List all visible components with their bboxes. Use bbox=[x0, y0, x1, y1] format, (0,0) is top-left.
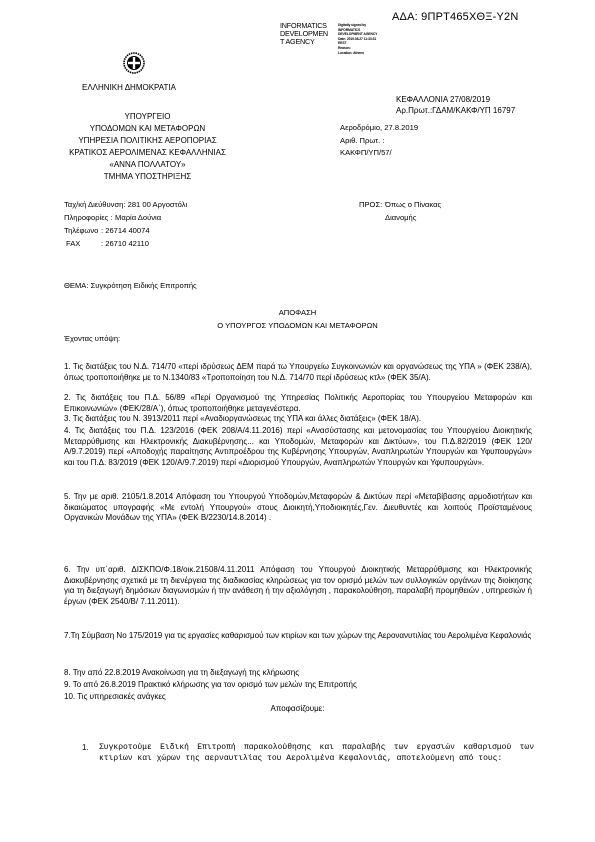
protocol-value: ΚΑΚΦΠ/ΥΠ/57/ bbox=[340, 148, 392, 158]
consideration-item: 10. Τις υπηρεσιακές ανάγκες bbox=[64, 692, 532, 703]
consideration-item: 6. Την υπ΄αριθ. ΔΙΣΚΠΟ/Φ.18/οικ.21508/4.… bbox=[64, 565, 532, 607]
stamp-protocol-number: Αρ.Πρωτ.:ΓΔΑΜ/ΚΑΚΦ/ΥΠ 16797 bbox=[396, 106, 515, 117]
recipient-line: Διανομής bbox=[385, 213, 416, 223]
ministry-line: ΥΠΟΔΟΜΩΝ ΚΑΙ ΜΕΤΑΦΟΡΩΝ bbox=[40, 124, 255, 135]
consideration-item: 2. Τις διατάξεις του Π.Δ. 56/89 «Περί Ορ… bbox=[64, 393, 532, 414]
phone-label: Τηλέφωνο bbox=[64, 226, 98, 236]
recipient-label: ΠΡΟΣ: bbox=[359, 200, 382, 210]
protocol-label: Αριθ. Πρωτ. : bbox=[340, 136, 384, 146]
consideration-item: 5. Την με αριθ. 2105/1.8.2014 Απόφαση το… bbox=[64, 492, 532, 524]
ministry-line: ΤΜΗΜΑ ΥΠΟΣΤΗΡΙΞΗΣ bbox=[40, 172, 255, 183]
signature-details: Digitally signed by INFORMATICS DEVELOPM… bbox=[338, 23, 377, 55]
stamp-place-date: ΚΕΦΑΛΛΟΝΙΑ 27/08/2019 bbox=[396, 95, 490, 106]
decision-subtitle: Ο ΥΠΟΥΡΓΟΣ ΥΠΟΔΟΜΩΝ ΚΑΙ ΜΕΤΑΦΟΡΩΝ bbox=[0, 321, 595, 331]
we-decide-heading: Αποφασίζουμε: bbox=[0, 704, 595, 715]
ada-code: ΑΔΑ: 9ΠΡΤ465ΧΘΞ-Υ2Ν bbox=[392, 11, 519, 23]
subject: ΘΕΜΑ: Συγκρότηση Ειδικής Επιτροπής bbox=[64, 281, 197, 291]
info-value: Μαρία Δούνια bbox=[115, 213, 161, 223]
considering-heading: Έχοντας υπόψη: bbox=[64, 334, 120, 344]
phone-value: : 26714 40074 bbox=[101, 226, 150, 236]
consideration-item: 7.Τη Σύμβαση Νο 175/2019 για τις εργασίε… bbox=[64, 631, 532, 642]
address: Ταχ/κή Διεύθυνση: 281 00 Αργοστόλι bbox=[64, 200, 187, 210]
info-label: Πληροφορίες : bbox=[64, 213, 112, 223]
consideration-item: 4. Τις διατάξεις του Π.Δ. 123/2016 (ΦΕΚ … bbox=[64, 426, 532, 468]
consideration-item: 3. Τις διατάξεις του Ν. 3913/2011 περί «… bbox=[64, 414, 532, 425]
place-date: Αεροδρόμιο, 27.8.2019 bbox=[340, 123, 418, 133]
recipient-line: Όπως ο Πίνακας bbox=[385, 200, 441, 210]
signature-detail-line: Location: Athens bbox=[338, 51, 377, 56]
consideration-item: 9. Το από 26.8.2019 Πρακτικό κλήρωσης γι… bbox=[64, 680, 532, 691]
decision-title: ΑΠΟΦΑΣΗ bbox=[0, 308, 595, 318]
ministry-line: ΥΠΟΥΡΓΕΙΟ bbox=[40, 112, 255, 123]
digital-signature-stamp: INFORMATICS DEVELOPMEN T AGENCY bbox=[280, 22, 328, 45]
ministry-line: «ΑΝΝΑ ΠΟΛΛΑΤΟΥ» bbox=[40, 160, 255, 171]
consideration-item: 1. Τις διατάξεις του Ν.Δ. 714/70 «περί ι… bbox=[64, 362, 532, 383]
decision-item: Συγκροτούμε Ειδική Επιτροπή παρακολούθησ… bbox=[99, 742, 534, 764]
stamp-org-line: T AGENCY bbox=[280, 38, 328, 46]
fax-label: FAX bbox=[66, 239, 80, 249]
ministry-line: ΚΡΑΤΙΚΟΣ ΑΕΡΟΛΙΜΕΝΑΣ ΚΕΦΑΛΛΗΝΙΑΣ bbox=[40, 148, 255, 159]
fax-value: : 26710 42110 bbox=[101, 239, 149, 249]
greek-emblem-icon bbox=[123, 52, 145, 74]
consideration-item: 8. Την από 22.8.2019 Ανακοίνωση για τη δ… bbox=[64, 668, 532, 679]
ministry-line: ΥΠΗΡΕΣΙΑ ΠΟΛΙΤΙΚΗΣ ΑΕΡΟΠΟΡΙΑΣ bbox=[40, 136, 255, 147]
decision-number: 1. bbox=[82, 742, 89, 753]
republic-title: ΕΛΛΗΝΙΚΗ ΔΗΜΟΚΡΑΤΙΑ bbox=[82, 83, 176, 94]
